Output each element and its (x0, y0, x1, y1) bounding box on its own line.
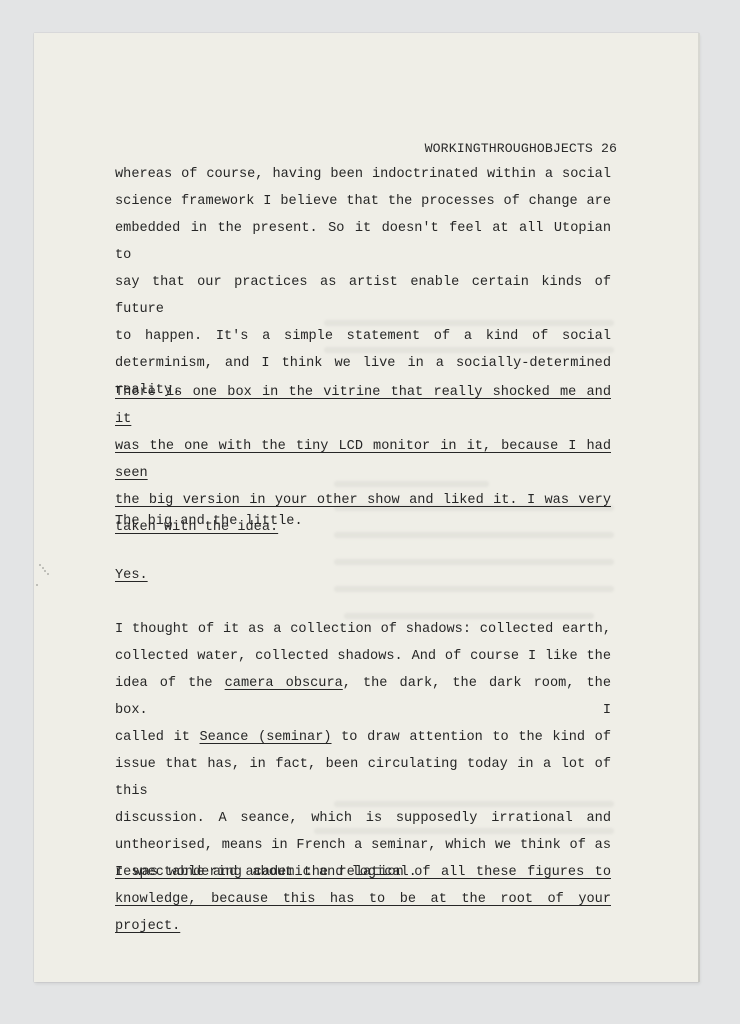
underlined-title: camera obscura (225, 676, 343, 691)
typescript-page: WORKINGTHROUGHOBJECTS 26 whereas of cour… (34, 33, 699, 982)
interviewer-question: I was wondering about the relation of al… (115, 859, 611, 940)
text-line: There is one box in the vitrine that rea… (115, 379, 611, 433)
text-line: idea of the camera obscura, the dark, th… (115, 670, 611, 724)
text-line: untheorised, means in French a seminar, … (115, 832, 611, 859)
text-line: embedded in the present. So it doesn't f… (115, 215, 611, 269)
artist-response: I thought of it as a collection of shado… (115, 616, 611, 886)
text-line: knowledge, because this has to be at the… (115, 886, 611, 940)
text-line: discussion. A seance, which is supposedl… (115, 805, 611, 832)
artist-response: whereas of course, having been indoctrin… (115, 161, 611, 404)
underlined-title: Seance (seminar) (200, 730, 332, 745)
text-line: to happen. It's a simple statement of a … (115, 323, 611, 350)
text-line: issue that has, in fact, been circulatin… (115, 751, 611, 805)
text-line: determinism, and I think we live in a so… (115, 350, 611, 377)
text-line: was the one with the tiny LCD monitor in… (115, 433, 611, 487)
text-line: called it Seance (seminar) to draw atten… (115, 724, 611, 751)
running-header: WORKINGTHROUGHOBJECTS 26 (34, 141, 617, 156)
text-line: science framework I believe that the pro… (115, 188, 611, 215)
text-line: I thought of it as a collection of shado… (115, 616, 611, 643)
interviewer-question: Yes. (115, 562, 611, 589)
text-line: say that our practices as artist enable … (115, 269, 611, 323)
text-line: whereas of course, having been indoctrin… (115, 161, 611, 188)
text-line: I was wondering about the relation of al… (115, 859, 611, 886)
text-line: collected water, collected shadows. And … (115, 643, 611, 670)
text-line: The big and the little. (115, 508, 611, 535)
text-line: Yes. (115, 562, 611, 589)
artist-response: The big and the little. (115, 508, 611, 535)
